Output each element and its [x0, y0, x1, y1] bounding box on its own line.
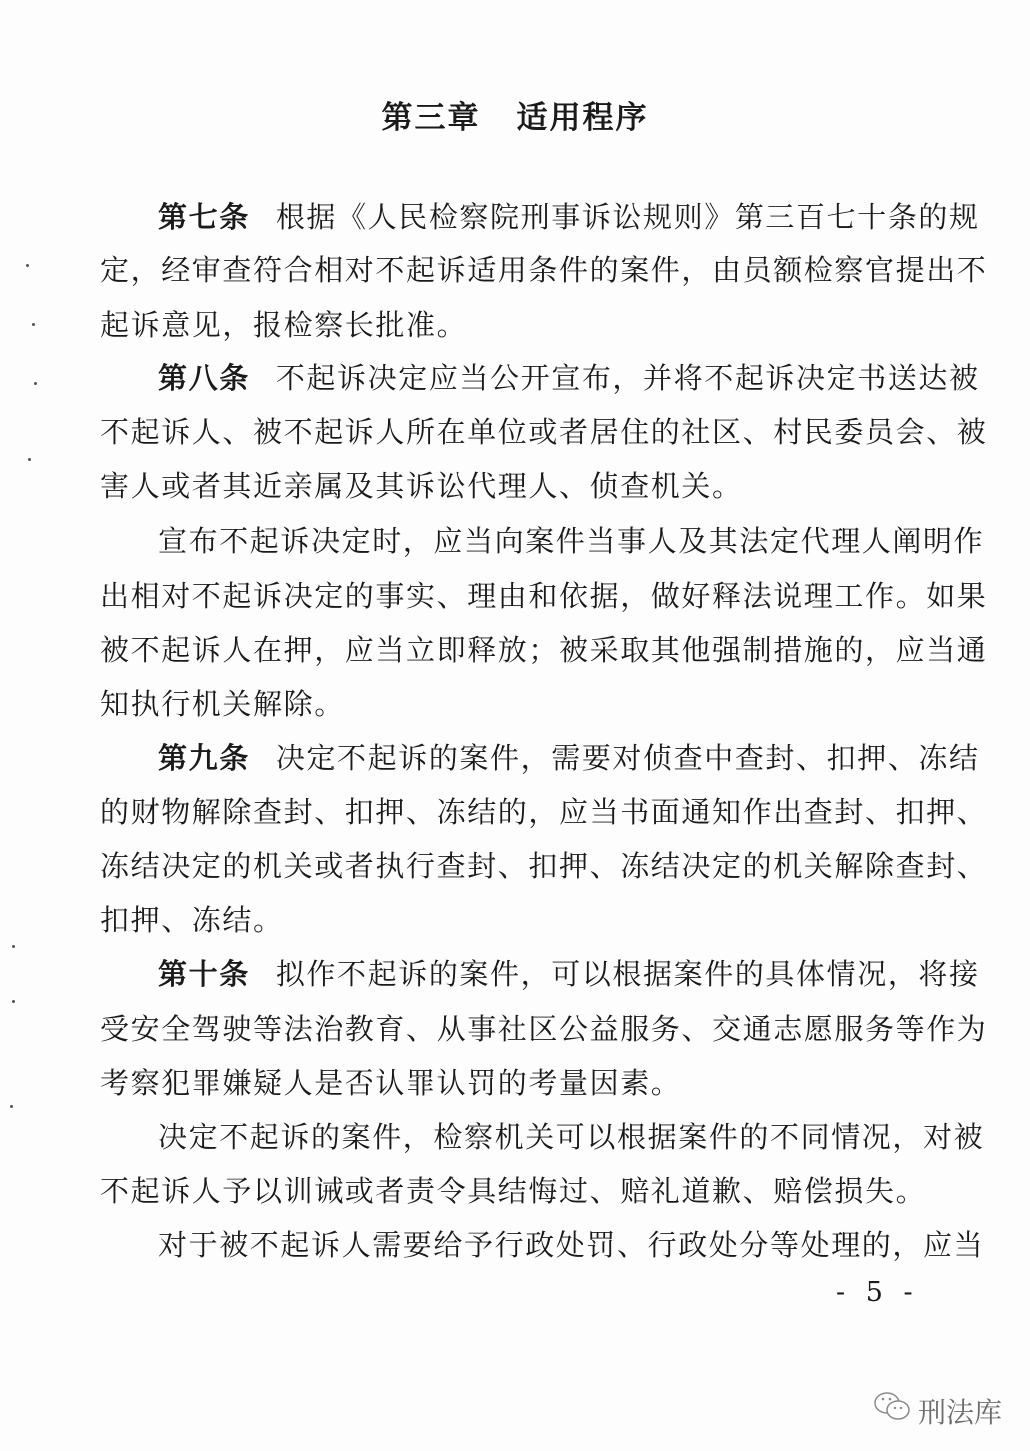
scan-speck: [34, 382, 37, 385]
article-text: 不起诉决定应当公开宣布，并将不起诉决定书送达被: [276, 361, 980, 395]
article-text: 根据《人民检察院刑事诉讼规则》第三百七十条的规: [276, 200, 980, 234]
scan-speck: [32, 323, 35, 326]
chapter-title: 第三章适用程序: [0, 92, 1030, 137]
scan-speck: [12, 1000, 15, 1003]
article-7-line-3: 起诉意见，报检察长批准。: [100, 305, 930, 345]
article-9-line-4: 扣押、冻结。: [100, 900, 930, 940]
article-heading: 第七条: [158, 200, 250, 234]
article-heading: 第八条: [158, 361, 250, 395]
article-9-line-3: 冻结决定的机关或者执行查封、扣押、冻结决定的机关解除查封、: [100, 846, 930, 886]
article-text: 拟作不起诉的案件，可以根据案件的具体情况，将接: [276, 957, 980, 991]
article-8-para-2-line-4: 知执行机关解除。: [100, 684, 930, 724]
watermark-label: 刑法库: [918, 1391, 1002, 1431]
article-heading: 第十条: [158, 957, 250, 991]
wechat-icon: [872, 1390, 912, 1431]
article-8-para-2-line-3: 被不起诉人在押，应当立即释放；被采取其他强制措施的，应当通: [100, 630, 930, 670]
article-10-para-3-line-1: 对于被不起诉人需要给予行政处罚、行政处分等处理的，应当: [158, 1225, 930, 1265]
document-page: 第三章适用程序 第七条根据《人民检察院刑事诉讼规则》第三百七十条的规 定，经审查…: [0, 0, 1030, 1451]
article-text: 决定不起诉的案件，需要对侦查中查封、扣押、冻结: [276, 741, 980, 775]
chapter-name: 适用程序: [517, 100, 649, 136]
page-number: - 5 -: [836, 1277, 919, 1308]
article-9-line-2: 的财物解除查封、扣押、冻结的，应当书面通知作出查封、扣押、: [100, 792, 930, 832]
scan-speck: [10, 1105, 13, 1108]
article-8-line-3: 害人或者其近亲属及其诉讼代理人、侦查机关。: [100, 466, 930, 506]
article-7-line-1: 第七条根据《人民检察院刑事诉讼规则》第三百七十条的规: [158, 197, 930, 237]
article-8-line-2: 不起诉人、被不起诉人所在单位或者居住的社区、村民委员会、被: [100, 412, 930, 452]
article-10-line-1: 第十条拟作不起诉的案件，可以根据案件的具体情况，将接: [158, 954, 930, 994]
article-10-line-2: 受安全驾驶等法治教育、从事社区公益服务、交通志愿服务等作为: [100, 1009, 930, 1049]
watermark: 刑法库: [872, 1390, 1002, 1431]
scan-speck: [12, 945, 15, 948]
scan-speck: [331, 766, 334, 769]
chapter-number: 第三章: [382, 100, 481, 136]
article-8-para-2-line-2: 出相对不起诉决定的事实、理由和依据，做好释法说理工作。如果: [100, 576, 930, 616]
article-8-para-2-line-1: 宣布不起诉决定时，应当向案件当事人及其法定代理人阐明作: [158, 521, 930, 561]
article-10-para-2-line-1: 决定不起诉的案件，检察机关可以根据案件的不同情况，对被: [158, 1117, 930, 1157]
scan-speck: [26, 264, 29, 267]
article-10-line-3: 考察犯罪嫌疑人是否认罪认罚的考量因素。: [100, 1063, 930, 1103]
article-7-line-2: 定，经审查符合相对不起诉适用条件的案件，由员额检察官提出不: [100, 250, 930, 290]
article-10-para-2-line-2: 不起诉人予以训诫或者责令具结悔过、赔礼道歉、赔偿损失。: [100, 1171, 930, 1211]
scan-speck: [28, 458, 31, 461]
article-9-line-1: 第九条决定不起诉的案件，需要对侦查中查封、扣押、冻结: [158, 738, 930, 778]
article-heading: 第九条: [158, 741, 250, 775]
article-8-line-1: 第八条不起诉决定应当公开宣布，并将不起诉决定书送达被: [158, 358, 930, 398]
